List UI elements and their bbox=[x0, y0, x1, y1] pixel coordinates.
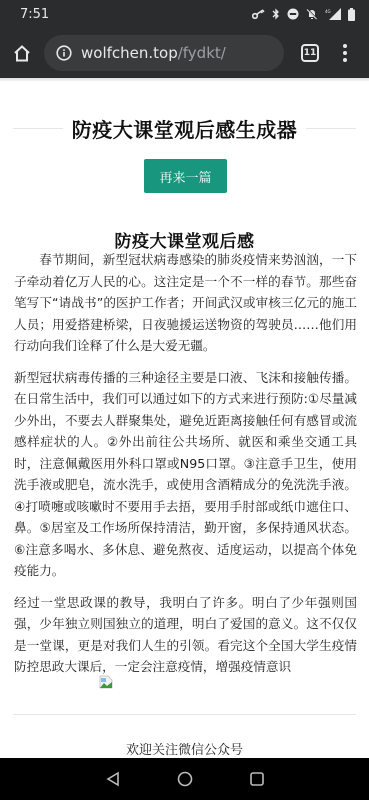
url-bar[interactable]: wolfchen.top/fydkt/ bbox=[44, 35, 284, 71]
url-path: /fydkt/ bbox=[178, 44, 226, 62]
regenerate-button[interactable]: 再来一篇 bbox=[144, 159, 227, 193]
toolbar-shadow bbox=[0, 78, 369, 82]
notifications-off-icon bbox=[306, 8, 318, 20]
battery-icon bbox=[348, 8, 355, 21]
browser-toolbar: wolfchen.top/fydkt/ 11 bbox=[0, 28, 369, 78]
home-button[interactable] bbox=[0, 28, 44, 78]
article-paragraph: 新型冠状病毒传播的三种途径主要是口液、飞沫和接触传播。在日常生活中，我们可以通过… bbox=[14, 367, 357, 582]
web-page: 防疫大课堂观后感生成器 再来一篇 防疫大课堂观后感 春节期间，新型冠状病毒感染的… bbox=[0, 78, 369, 758]
site-title: 防疫大课堂观后感生成器 bbox=[63, 114, 307, 143]
broken-image-icon bbox=[99, 675, 113, 689]
recents-icon[interactable] bbox=[249, 771, 265, 787]
url-domain: wolfchen.top bbox=[81, 44, 178, 62]
tab-switcher-button[interactable]: 11 bbox=[301, 44, 319, 62]
article-body: 春节期间，新型冠状病毒感染的肺炎疫情来势汹汹，一下子牵动着亿万人民的心。这注定是… bbox=[14, 249, 357, 688]
title-divider-left bbox=[13, 128, 63, 129]
footer-divider bbox=[13, 714, 356, 715]
title-divider-right bbox=[306, 128, 356, 129]
info-icon[interactable] bbox=[56, 45, 72, 61]
back-icon[interactable] bbox=[105, 771, 121, 787]
bluetooth-icon bbox=[272, 8, 280, 20]
status-icons: 4G bbox=[252, 8, 355, 21]
do-not-disturb-icon bbox=[287, 8, 299, 20]
svg-text:4G: 4G bbox=[325, 9, 331, 14]
site-title-row: 防疫大课堂观后感生成器 bbox=[13, 114, 356, 143]
system-nav-bar bbox=[0, 758, 369, 800]
article-paragraph: 春节期间，新型冠状病毒感染的肺炎疫情来势汹汹，一下子牵动着亿万人民的心。这注定是… bbox=[14, 249, 357, 357]
article-paragraph: 经过一堂思政课的教导，我明白了许多。明白了少年强则国强，少年独立则国独立的道理，… bbox=[14, 592, 357, 678]
footer-text: 欢迎关注微信公众号 bbox=[0, 739, 369, 758]
status-bar: 7:51 4G bbox=[0, 0, 369, 28]
home-circle-icon[interactable] bbox=[177, 771, 193, 787]
home-icon bbox=[13, 45, 31, 62]
more-vert-icon[interactable] bbox=[343, 44, 347, 62]
vpn-key-icon bbox=[252, 9, 265, 19]
signal-4g-icon: 4G bbox=[325, 8, 341, 20]
status-time: 7:51 bbox=[20, 7, 49, 22]
url-text: wolfchen.top/fydkt/ bbox=[81, 44, 226, 62]
